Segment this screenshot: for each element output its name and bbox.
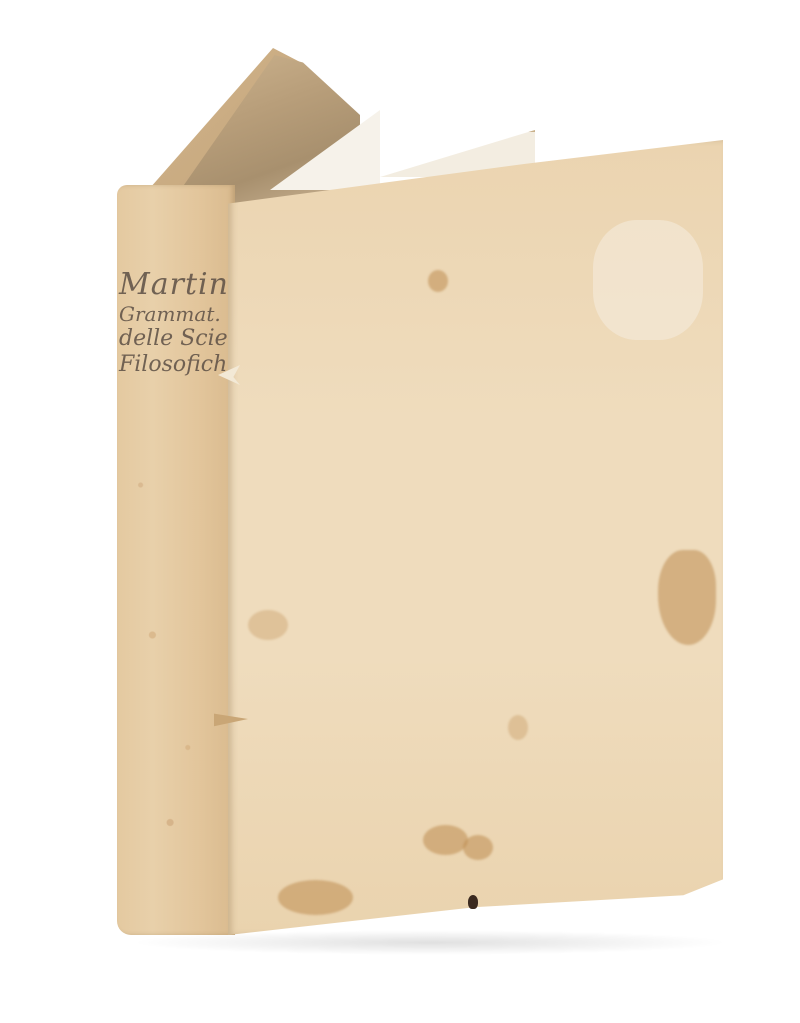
spine-title-line: Filosofich: bbox=[117, 354, 235, 376]
spine-title-line: delle Scien: bbox=[117, 328, 235, 350]
water-stain bbox=[423, 825, 468, 855]
book-photo: Martin Grammat. delle Scien: Filosofich: bbox=[0, 0, 800, 1023]
spine-manuscript-title: Martin Grammat. delle Scien: Filosofich: bbox=[117, 270, 235, 376]
spine-title-line: Grammat. bbox=[117, 304, 235, 324]
spine-title-line: Martin bbox=[117, 270, 235, 300]
water-stain bbox=[428, 270, 448, 292]
water-stain bbox=[508, 715, 528, 740]
water-stain bbox=[278, 880, 353, 915]
water-stain bbox=[658, 550, 716, 645]
water-stain bbox=[248, 610, 288, 640]
water-stain bbox=[463, 835, 493, 860]
cover-marks bbox=[228, 140, 723, 935]
faded-patch bbox=[593, 220, 703, 340]
book-spine: Martin Grammat. delle Scien: Filosofich: bbox=[117, 185, 235, 935]
worm-hole bbox=[468, 895, 478, 909]
